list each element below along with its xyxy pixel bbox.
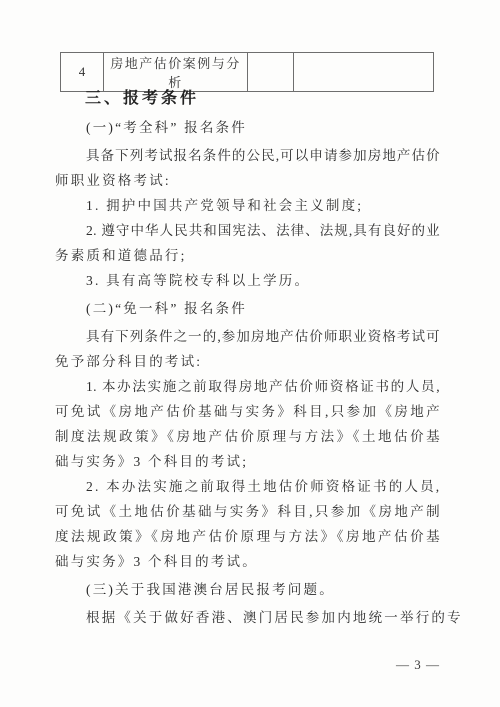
list-item-2: 2. 遵守中华人民共和国宪法、法律、法规,具有良好的业 <box>55 218 440 243</box>
page-number: — 3 — <box>396 657 440 673</box>
document-page: 4 房地产估价案例与分析 三、报考条件 (一)“考全科” 报名条件 具备下列考试… <box>0 0 500 707</box>
exempt-item-2: 2. 本办法实施之前取得土地估价师资格证书的人员, <box>55 474 440 499</box>
paragraph-line: 务素质和道德品行; <box>55 243 440 268</box>
list-item-3: 3. 具有高等院校专科以上学历。 <box>55 268 440 293</box>
paragraph-line: 可免试《土地估价基础与实务》科目,只参加《房地产制 <box>55 499 440 524</box>
paragraph-line: 度法规政策》《房地产估价原理与方法》《房地产估价基 <box>55 524 440 549</box>
paragraph-line: 制度法规政策》《房地产估价原理与方法》《土地估价基 <box>55 424 440 449</box>
paragraph-line: 具有下列条件之一的,参加房地产估价师职业资格考试可 <box>55 324 440 349</box>
paragraph-line: 础与实务》3 个科目的考试; <box>55 449 440 474</box>
subheading-hk-macao-taiwan: (三)关于我国港澳台居民报考问题。 <box>55 577 440 602</box>
paragraph-line: 具备下列考试报名条件的公民,可以申请参加房地产估价 <box>55 143 440 168</box>
subheading-full-exam: (一)“考全科” 报名条件 <box>55 115 440 140</box>
section-heading: 三、报考条件 <box>55 86 440 111</box>
paragraph-line: 师职业资格考试: <box>55 168 440 193</box>
paragraph-line: 免予部分科目的考试: <box>55 349 440 374</box>
subheading-exempt-one: (二)“免一科” 报名条件 <box>55 296 440 321</box>
paragraph-line: 础与实务》3 个科目的考试。 <box>55 549 440 574</box>
exempt-item-1: 1. 本办法实施之前取得房地产估价师资格证书的人员, <box>55 374 440 399</box>
list-item-1: 1. 拥护中国共产党领导和社会主义制度; <box>55 193 440 218</box>
paragraph-line: 可免试《房地产估价基础与实务》科目,只参加《房地产 <box>55 399 440 424</box>
document-body: 三、报考条件 (一)“考全科” 报名条件 具备下列考试报名条件的公民,可以申请参… <box>55 86 440 630</box>
paragraph-line: 根据《关于做好香港、澳门居民参加内地统一举行的专 <box>55 605 440 630</box>
